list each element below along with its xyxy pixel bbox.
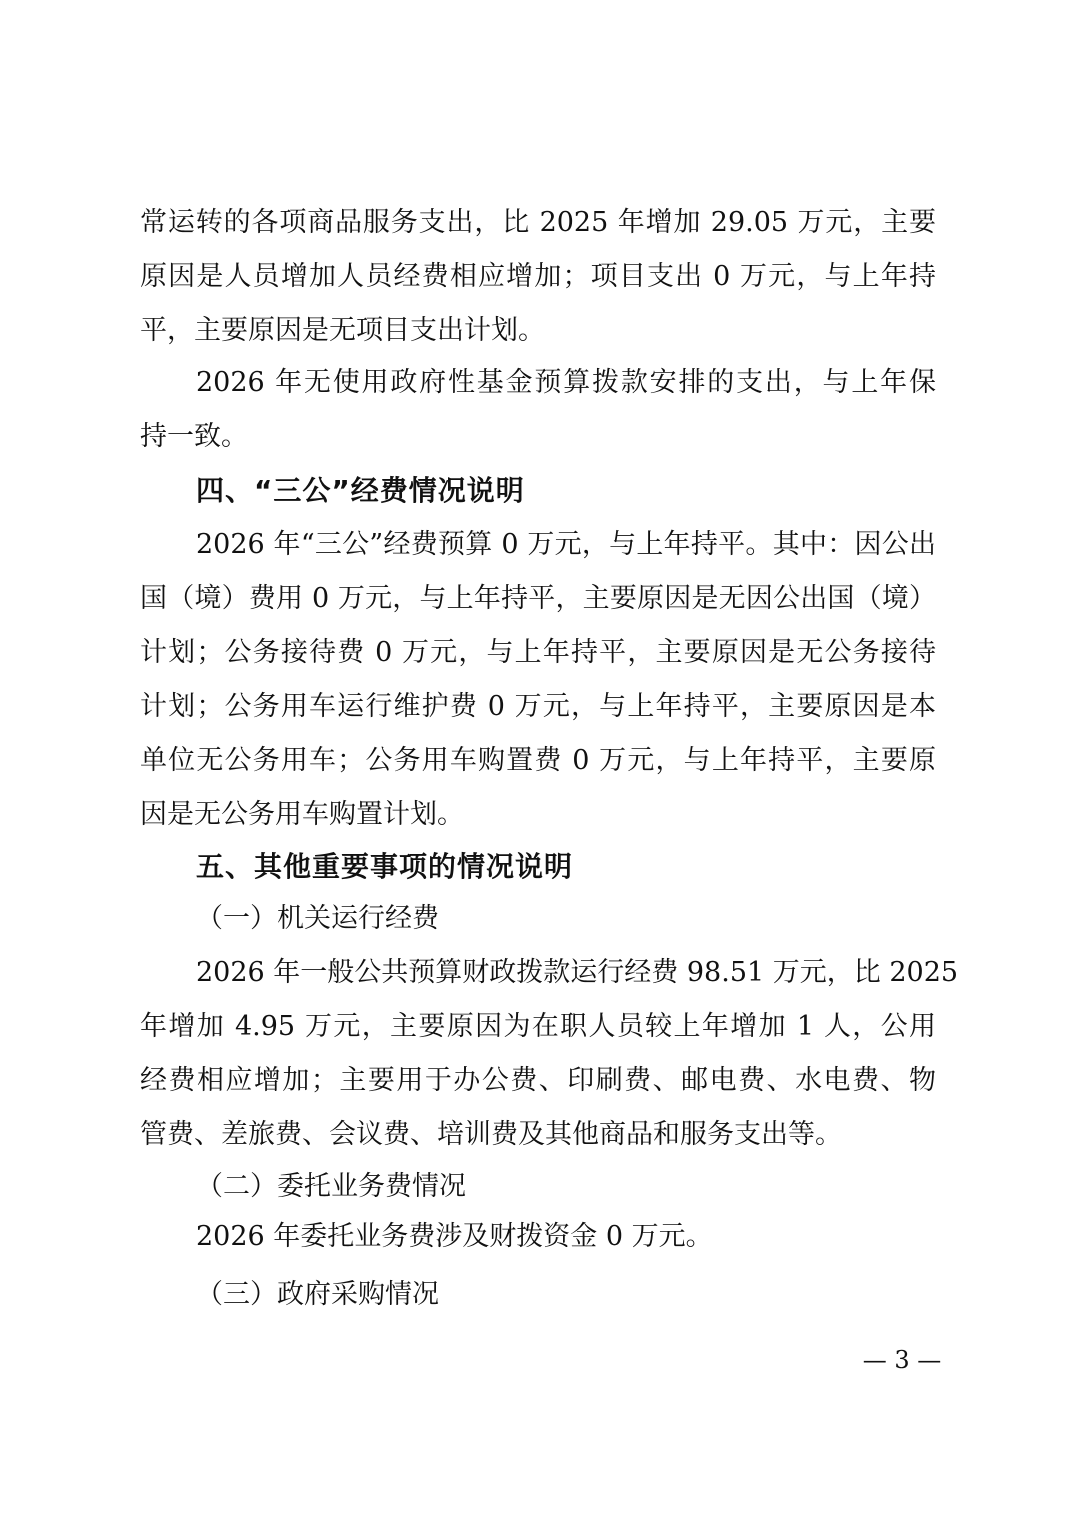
- subsection-heading-procurement: （三）政府采购情况: [196, 1268, 439, 1322]
- paragraph-line: 2026 年“三公”经费预算 0 万元，与上年持平。其中：因公出: [196, 518, 936, 572]
- paragraph-line: 计划；公务用车运行维护费 0 万元，与上年持平，主要原因是本: [140, 680, 936, 734]
- paragraph-line: 经费相应增加；主要用于办公费、印刷费、邮电费、水电费、物: [140, 1054, 936, 1108]
- document-page: 常运转的各项商品服务支出，比 2025 年增加 29.05 万元，主要 原因是人…: [0, 0, 1074, 1520]
- paragraph-line: 国（境）费用 0 万元，与上年持平，主要原因是无因公出国（境）: [140, 572, 936, 626]
- paragraph-line: 2026 年一般公共预算财政拨款运行经费 98.51 万元，比 2025: [196, 946, 936, 1000]
- paragraph-line: 平，主要原因是无项目支出计划。: [140, 304, 936, 358]
- section-heading-sangong: 四、“三公”经费情况说明: [196, 464, 525, 518]
- section-heading-other-matters: 五、其他重要事项的情况说明: [196, 840, 573, 894]
- paragraph-line: 2026 年无使用政府性基金预算拨款安排的支出，与上年保: [196, 356, 936, 410]
- paragraph-line: 持一致。: [140, 410, 936, 464]
- paragraph-line: 因是无公务用车购置计划。: [140, 788, 936, 842]
- subsection-heading-operating-costs: （一）机关运行经费: [196, 892, 439, 946]
- paragraph-line: 单位无公务用车；公务用车购置费 0 万元，与上年持平，主要原: [140, 734, 936, 788]
- subsection-heading-commissioned-business: （二）委托业务费情况: [196, 1160, 466, 1214]
- paragraph-line: 管费、差旅费、会议费、培训费及其他商品和服务支出等。: [140, 1108, 936, 1162]
- paragraph-line: 常运转的各项商品服务支出，比 2025 年增加 29.05 万元，主要: [140, 196, 936, 250]
- paragraph-line: 年增加 4.95 万元，主要原因为在职人员较上年增加 1 人，公用: [140, 1000, 936, 1054]
- paragraph-line: 原因是人员增加人员经费相应增加；项目支出 0 万元，与上年持: [140, 250, 936, 304]
- paragraph-line: 2026 年委托业务费涉及财拨资金 0 万元。: [196, 1210, 936, 1264]
- page-number: — 3 —: [862, 1340, 942, 1380]
- paragraph-line: 计划；公务接待费 0 万元，与上年持平，主要原因是无公务接待: [140, 626, 936, 680]
